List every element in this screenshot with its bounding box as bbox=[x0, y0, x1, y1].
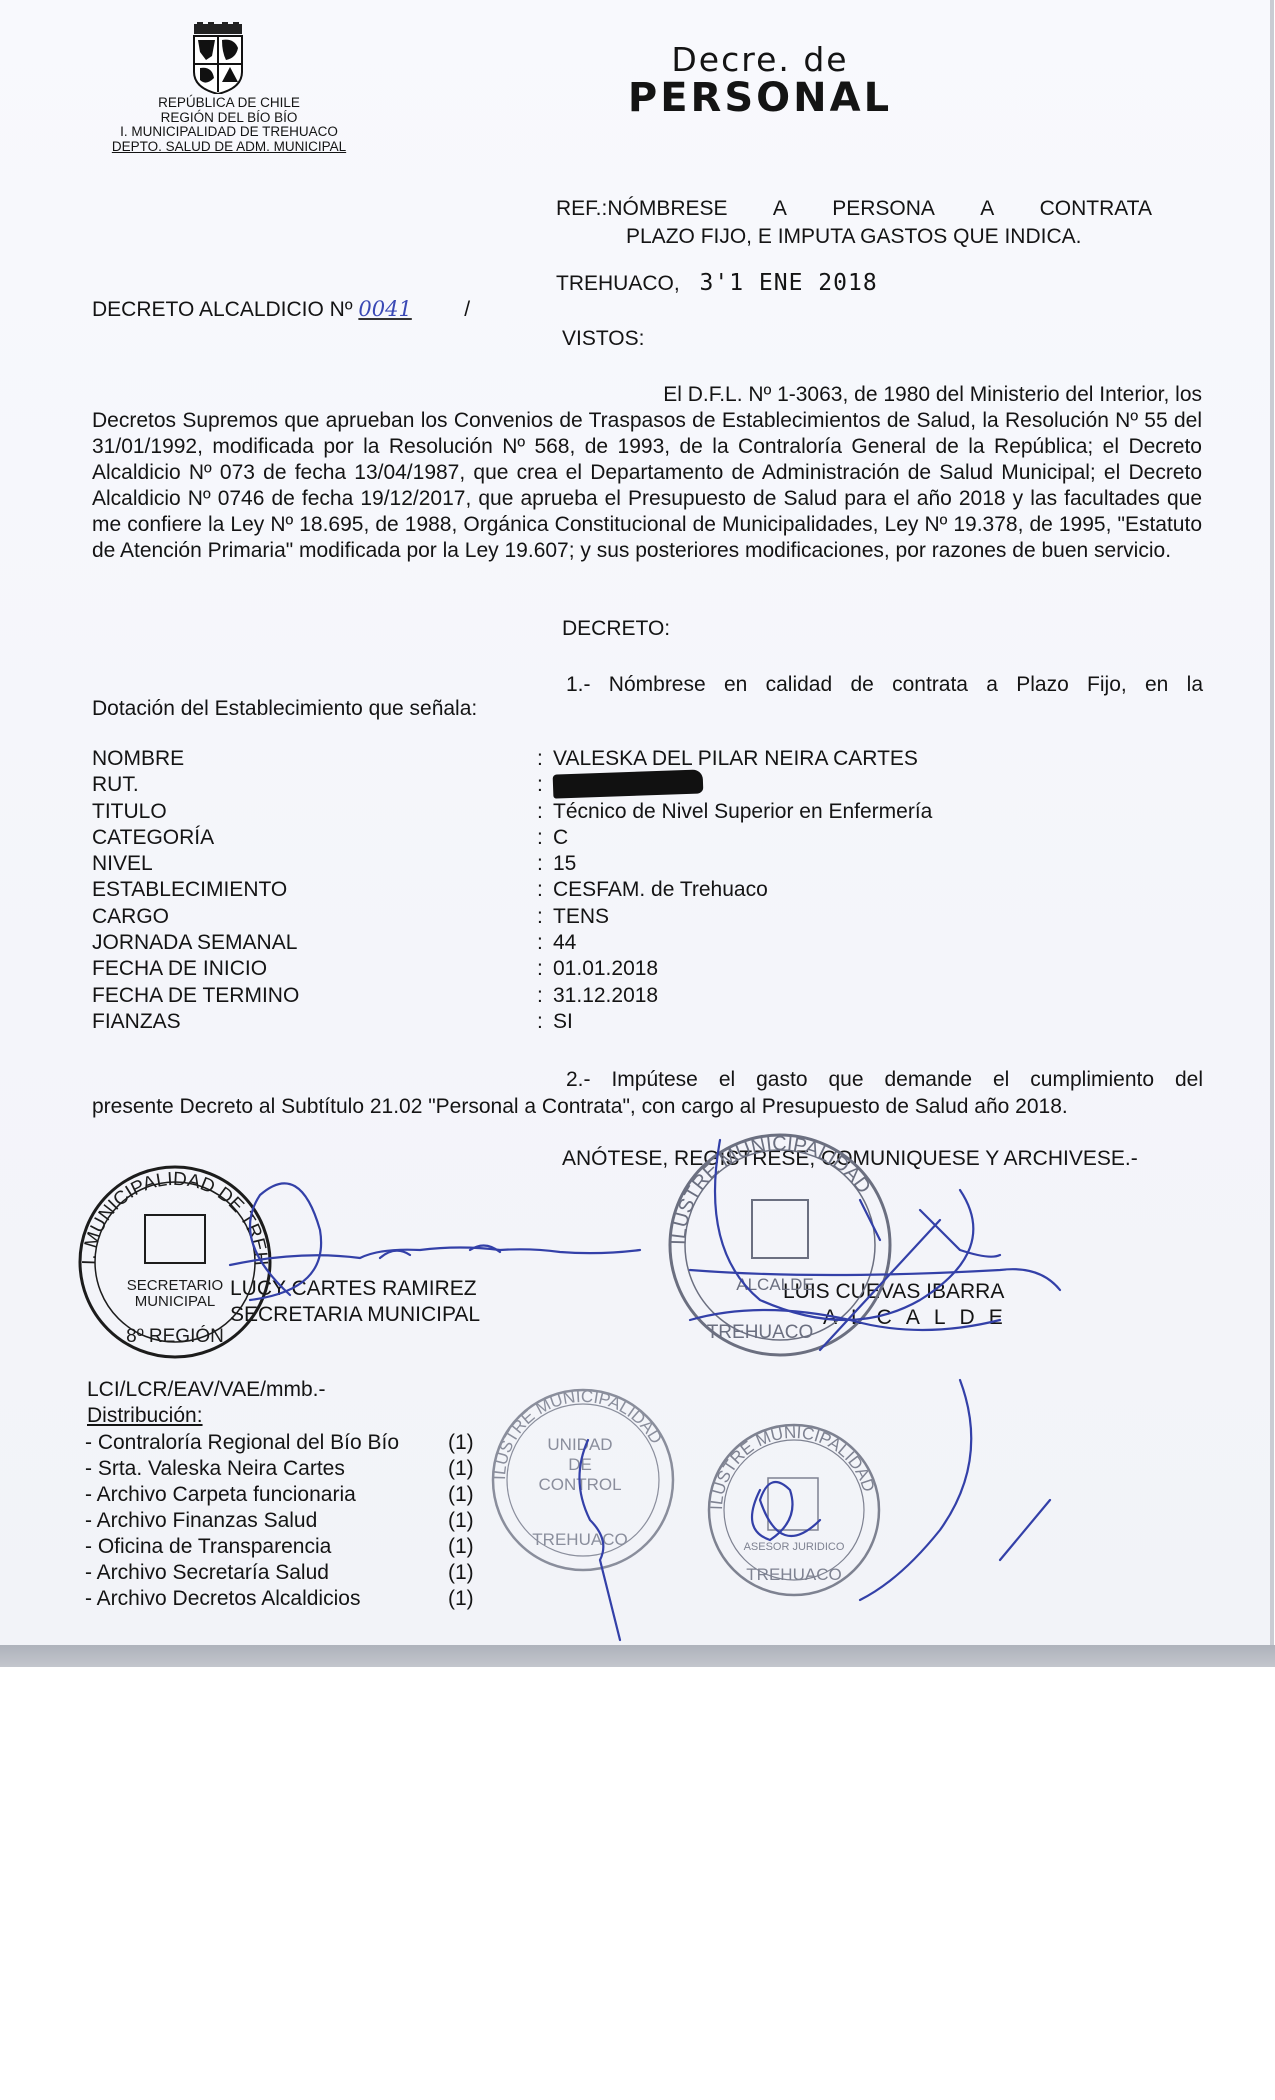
redacted-value bbox=[553, 770, 704, 799]
distribution-copies: (1) bbox=[448, 1586, 474, 1612]
date-stamp: 3'1 ENE 2018 bbox=[700, 270, 878, 296]
mayor-signature-block: LUIS CUEVAS IBARRA ALCALDE bbox=[783, 1279, 1017, 1331]
field-row: RUT.: bbox=[92, 772, 932, 798]
secretary-signature-block: LUCY CARTES RAMIREZ SECRETARIA MUNICIPAL bbox=[230, 1276, 480, 1328]
svg-text:I. MUNICIPALIDAD DE TREHUACO: I. MUNICIPALIDAD DE TREHUACO bbox=[0, 0, 271, 1266]
distribution-title: Distribución: bbox=[87, 1404, 203, 1428]
distribution-recipient: - Archivo Secretaría Salud bbox=[85, 1560, 448, 1586]
reference-label: REF.: bbox=[556, 197, 607, 220]
vistos-first-line: El D.F.L. Nº 1-3063, de 1980 del Ministe… bbox=[92, 382, 1202, 408]
field-row: ESTABLECIMIENTO:CESFAM. de Trehuaco bbox=[92, 877, 932, 903]
svg-text:ILUSTRE MUNICIPALIDAD: ILUSTRE MUNICIPALIDAD bbox=[707, 1423, 878, 1510]
field-colon: : bbox=[537, 877, 553, 903]
vistos-paragraph: El D.F.L. Nº 1-3063, de 1980 del Ministe… bbox=[92, 382, 1202, 564]
field-label: FECHA DE TERMINO bbox=[92, 983, 537, 1009]
field-colon: : bbox=[537, 983, 553, 1009]
field-label: JORNADA SEMANAL bbox=[92, 930, 537, 956]
decree-number: DECRETO ALCALDICIO Nº 0041 / bbox=[92, 297, 470, 322]
reference-word: A bbox=[980, 195, 994, 223]
distribution-copies: (1) bbox=[448, 1430, 474, 1456]
municipal-crest-icon bbox=[188, 22, 248, 94]
distribution-recipient: - Contraloría Regional del Bío Bío bbox=[85, 1430, 448, 1456]
mayor-role: ALCALDE bbox=[783, 1305, 1017, 1331]
distribution-copies: (1) bbox=[448, 1560, 474, 1586]
initials: LCI/LCR/EAV/VAE/mmb.- bbox=[87, 1378, 325, 1402]
svg-text:DE: DE bbox=[568, 1455, 592, 1474]
distribution-item: - Archivo Decretos Alcaldicios(1) bbox=[85, 1586, 474, 1612]
field-value: C bbox=[553, 825, 568, 851]
field-row: TITULO:Técnico de Nivel Superior en Enfe… bbox=[92, 799, 932, 825]
distribution-item: - Oficina de Transparencia(1) bbox=[85, 1534, 474, 1560]
svg-text:CONTROL: CONTROL bbox=[538, 1475, 621, 1494]
field-value: SI bbox=[553, 1009, 573, 1035]
field-value: 15 bbox=[553, 851, 576, 877]
letterhead: REPÚBLICA DE CHILE REGIÓN DEL BÍO BÍO I.… bbox=[104, 96, 354, 154]
field-label: TITULO bbox=[92, 799, 537, 825]
distribution-item: - Archivo Carpeta funcionaria(1) bbox=[85, 1482, 474, 1508]
field-row: FECHA DE INICIO:01.01.2018 bbox=[92, 956, 932, 982]
field-colon: : bbox=[537, 772, 553, 798]
field-label: FECHA DE INICIO bbox=[92, 956, 537, 982]
field-colon: : bbox=[537, 1009, 553, 1035]
distribution-item: - Archivo Finanzas Salud(1) bbox=[85, 1508, 474, 1534]
distribution-copies: (1) bbox=[448, 1508, 474, 1534]
distribution-copies: (1) bbox=[448, 1456, 474, 1482]
field-colon: : bbox=[537, 746, 553, 772]
svg-text:MUNICIPAL: MUNICIPAL bbox=[135, 1293, 216, 1310]
svg-text:UNIDAD: UNIDAD bbox=[547, 1435, 612, 1454]
field-colon: : bbox=[537, 930, 553, 956]
decreto-heading: DECRETO: bbox=[562, 617, 670, 641]
control-unit-stamp-icon: ILUSTRE MUNICIPALIDAD UNIDAD DE CONTROL … bbox=[490, 1387, 673, 1570]
field-colon: : bbox=[537, 799, 553, 825]
scanned-page: REPÚBLICA DE CHILE REGIÓN DEL BÍO BÍO I.… bbox=[0, 0, 1274, 1645]
legal-advisor-stamp-icon: ILUSTRE MUNICIPALIDAD ASESOR JURIDICO TR… bbox=[707, 1423, 879, 1595]
field-row: CATEGORÍA:C bbox=[92, 825, 932, 851]
field-value: VALESKA DEL PILAR NEIRA CARTES bbox=[553, 746, 918, 772]
field-row: JORNADA SEMANAL:44 bbox=[92, 930, 932, 956]
field-label: CARGO bbox=[92, 904, 537, 930]
field-label: RUT. bbox=[92, 772, 537, 798]
field-colon: : bbox=[537, 851, 553, 877]
distribution-recipient: - Srta. Valeska Neira Cartes bbox=[85, 1456, 448, 1482]
reference-word: A bbox=[773, 195, 787, 223]
clause-2-first-line: 2.- Impútese el gasto que demande el cum… bbox=[566, 1068, 1203, 1092]
decree-number-label: DECRETO ALCALDICIO Nº bbox=[92, 298, 353, 321]
field-label: FIANZAS bbox=[92, 1009, 537, 1035]
field-colon: : bbox=[537, 904, 553, 930]
distribution-item: - Srta. Valeska Neira Cartes(1) bbox=[85, 1456, 474, 1482]
letterhead-line: I. MUNICIPALIDAD DE TREHUACO bbox=[104, 125, 354, 140]
letterhead-department: DEPTO. SALUD DE ADM. MUNICIPAL bbox=[104, 140, 354, 155]
distribution-item: - Contraloría Regional del Bío Bío(1) bbox=[85, 1430, 474, 1456]
field-value: Técnico de Nivel Superior en Enfermería bbox=[553, 799, 932, 825]
svg-text:8º REGIÓN: 8º REGIÓN bbox=[126, 1325, 224, 1347]
field-row: CARGO:TENS bbox=[92, 904, 932, 930]
vistos-heading: VISTOS: bbox=[562, 327, 644, 351]
distribution-copies: (1) bbox=[448, 1482, 474, 1508]
field-row: NIVEL:15 bbox=[92, 851, 932, 877]
svg-text:ASESOR JURIDICO: ASESOR JURIDICO bbox=[744, 1541, 845, 1553]
field-value: CESFAM. de Trehuaco bbox=[553, 877, 768, 903]
page-bottom-edge bbox=[0, 1645, 1275, 1667]
distribution-list: - Contraloría Regional del Bío Bío(1)- S… bbox=[85, 1430, 474, 1612]
distribution-recipient: - Archivo Decretos Alcaldicios bbox=[85, 1586, 448, 1612]
svg-text:ILUSTRE MUNICIPALIDAD: ILUSTRE MUNICIPALIDAD bbox=[490, 1387, 666, 1480]
mayor-name: LUIS CUEVAS IBARRA bbox=[783, 1279, 1017, 1305]
svg-text:TREHUACO: TREHUACO bbox=[532, 1530, 627, 1549]
field-row: FECHA DE TERMINO:31.12.2018 bbox=[92, 983, 932, 1009]
field-label: NOMBRE bbox=[92, 746, 537, 772]
field-row: FIANZAS:SI bbox=[92, 1009, 932, 1035]
svg-text:TREHUACO: TREHUACO bbox=[746, 1565, 841, 1584]
reference-word: NÓMBRESE bbox=[607, 197, 727, 220]
field-colon: : bbox=[537, 956, 553, 982]
field-label: ESTABLECIMIENTO bbox=[92, 877, 537, 903]
reference-word: CONTRATA bbox=[1040, 195, 1152, 223]
place-date: TREHUACO, 3'1 ENE 2018 bbox=[556, 270, 878, 296]
secretary-stamp-icon: I. MUNICIPALIDAD DE TREHUACO SECRETARIO … bbox=[0, 0, 271, 1357]
distribution-copies: (1) bbox=[448, 1534, 474, 1560]
field-colon: : bbox=[537, 825, 553, 851]
distribution-recipient: - Archivo Carpeta funcionaria bbox=[85, 1482, 448, 1508]
distribution-recipient: - Archivo Finanzas Salud bbox=[85, 1508, 448, 1534]
reference-word: PERSONA bbox=[832, 195, 935, 223]
secretary-role: SECRETARIA MUNICIPAL bbox=[230, 1302, 480, 1328]
decree-number-handwritten: 0041 bbox=[358, 297, 458, 321]
appointment-fields: NOMBRE:VALESKA DEL PILAR NEIRA CARTESRUT… bbox=[92, 746, 932, 1035]
letterhead-line: REPÚBLICA DE CHILE bbox=[104, 96, 354, 111]
secretary-name: LUCY CARTES RAMIREZ bbox=[230, 1276, 480, 1302]
field-value: 44 bbox=[553, 930, 576, 956]
field-value: TENS bbox=[553, 904, 609, 930]
letterhead-line: REGIÓN DEL BÍO BÍO bbox=[104, 111, 354, 126]
svg-text:SECRETARIO: SECRETARIO bbox=[127, 1277, 223, 1294]
document-type-stamp: Decre. de PERSONAL bbox=[600, 40, 920, 121]
distribution-recipient: - Oficina de Transparencia bbox=[85, 1534, 448, 1560]
clause-1-first-line: 1.- Nómbrese en calidad de contrata a Pl… bbox=[566, 673, 1203, 697]
field-value: 01.01.2018 bbox=[553, 956, 658, 982]
field-label: NIVEL bbox=[92, 851, 537, 877]
reference-line2: PLAZO FIJO, E IMPUTA GASTOS QUE INDICA. bbox=[556, 223, 1156, 251]
reference-block: REF.:NÓMBRESE A PERSONA A CONTRATA PLAZO… bbox=[556, 195, 1156, 251]
vistos-body: Decretos Supremos que aprueban los Conve… bbox=[92, 408, 1202, 564]
clause-2-continuation: presente Decreto al Subtítulo 21.02 "Per… bbox=[92, 1095, 1068, 1119]
field-row: NOMBRE:VALESKA DEL PILAR NEIRA CARTES bbox=[92, 746, 932, 772]
closing-formula: ANÓTESE, REGISTRESE, COMUNIQUESE Y ARCHI… bbox=[562, 1147, 1138, 1171]
field-value: 31.12.2018 bbox=[553, 983, 658, 1009]
document-type-line2: PERSONAL bbox=[600, 75, 920, 121]
document-type-line1: Decre. de bbox=[600, 40, 920, 79]
decree-number-suffix: / bbox=[464, 298, 470, 321]
clause-1-continuation: Dotación del Establecimiento que señala: bbox=[92, 697, 477, 721]
place: TREHUACO, bbox=[556, 272, 680, 295]
distribution-item: - Archivo Secretaría Salud(1) bbox=[85, 1560, 474, 1586]
field-label: CATEGORÍA bbox=[92, 825, 537, 851]
